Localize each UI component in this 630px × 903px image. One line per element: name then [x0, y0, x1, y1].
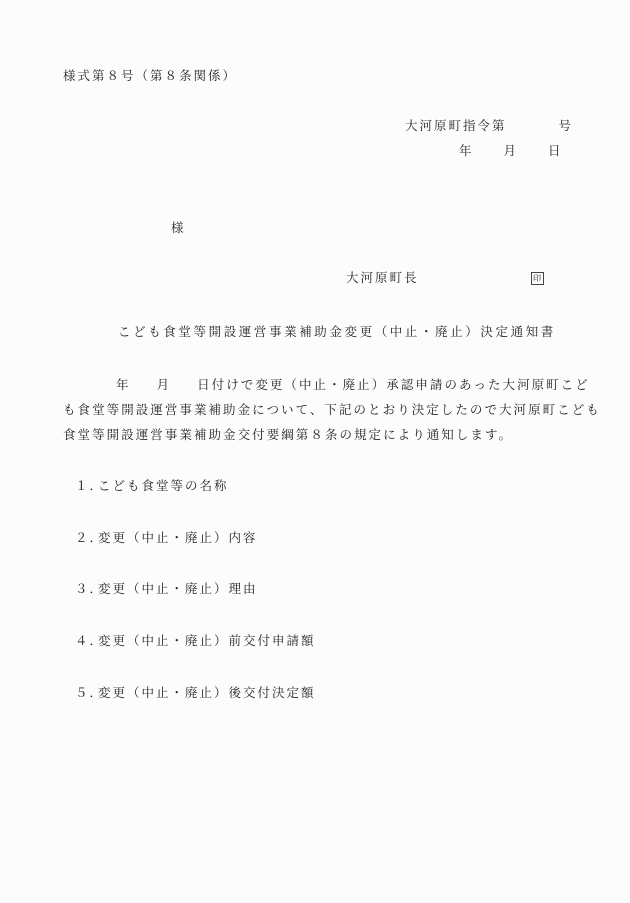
body-line-1: 年月日付けで変更（中止・廃止）承認申請のあった大河原町こど [63, 372, 563, 397]
form-label: 様式第８号（第８条関係） [63, 66, 237, 84]
date-month-label: 月 [504, 143, 519, 158]
body-line-2: も食堂等開設運営事業補助金について、下記のとおり決定したので大河原町こども [63, 397, 563, 422]
addressee-honorific: 様 [171, 218, 186, 236]
document-number-suffix: 号 [559, 118, 574, 133]
body-paragraph: 年月日付けで変更（中止・廃止）承認申請のあった大河原町こど も食堂等開設運営事業… [63, 372, 563, 447]
item-number: ２． [75, 528, 98, 546]
item-label: 変更（中止・廃止）前交付申請額 [98, 633, 316, 648]
item-label: 変更（中止・廃止）内容 [98, 530, 258, 545]
date-day-label: 日 [548, 143, 563, 158]
body-line-3: 食堂等開設運営事業補助金交付要綱第８条の規定により通知します。 [63, 422, 563, 447]
date-year-label: 年 [459, 143, 474, 158]
issuer-title: 大河原町長 [346, 270, 419, 285]
document-date: 年月日 [459, 141, 563, 159]
list-item: ４．変更（中止・廃止）前交付申請額 [75, 631, 316, 649]
item-label: 変更（中止・廃止）理由 [98, 581, 258, 596]
document-number-prefix: 大河原町指令第 [405, 118, 507, 133]
document-title: こども食堂等開設運営事業補助金変更（中止・廃止）決定通知書 [118, 322, 556, 340]
seal-icon: 印 [531, 272, 544, 285]
item-label: こども食堂等の名称 [98, 478, 229, 493]
body-line-1-text: 日付けで変更（中止・廃止）承認申請のあった大河原町こど [197, 377, 590, 392]
item-number: ３． [75, 579, 98, 597]
document-number: 大河原町指令第号 [405, 116, 573, 134]
list-item: ５．変更（中止・廃止）後交付決定額 [75, 683, 316, 701]
item-number: ４． [75, 631, 98, 649]
item-label: 変更（中止・廃止）後交付決定額 [98, 685, 316, 700]
list-item: １．こども食堂等の名称 [75, 476, 229, 494]
issuer: 大河原町長印 [346, 268, 544, 286]
body-month-label: 月 [157, 377, 172, 392]
item-number: １． [75, 476, 98, 494]
body-year-label: 年 [116, 377, 131, 392]
list-item: ２．変更（中止・廃止）内容 [75, 528, 258, 546]
item-number: ５． [75, 683, 98, 701]
list-item: ３．変更（中止・廃止）理由 [75, 579, 258, 597]
